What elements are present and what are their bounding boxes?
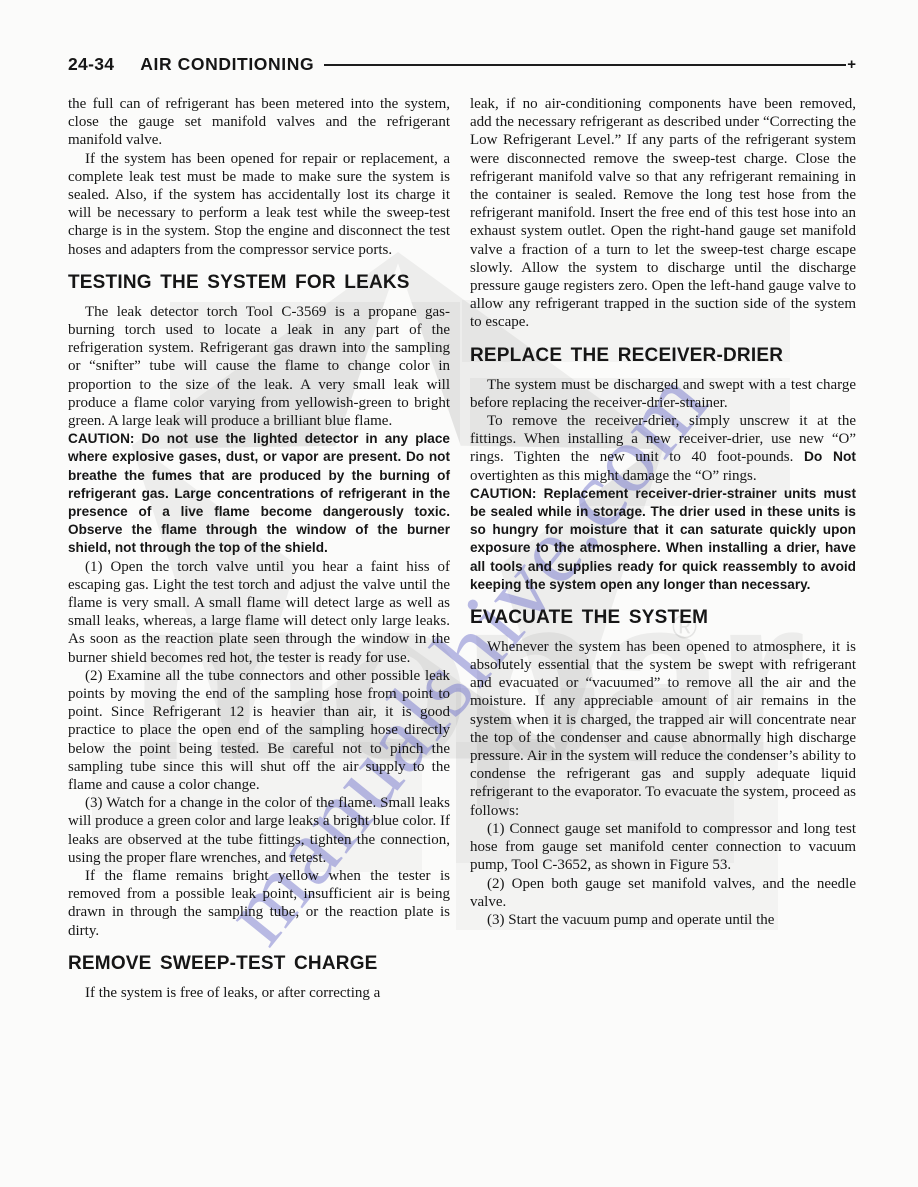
caution-paragraph: CAUTION: Replacement receiver-drier-stra… (470, 485, 856, 594)
paragraph: Whenever the system has been opened to a… (470, 638, 856, 820)
paragraph: If the system has been opened for repair… (68, 150, 450, 259)
page-header: 24-34 AIR CONDITIONING + (68, 54, 856, 75)
section-heading: EVACUATE THE SYSTEM (470, 608, 856, 629)
left-column: the full can of refrigerant has been met… (68, 95, 450, 1002)
paragraph: the full can of refrigerant has been met… (68, 95, 450, 150)
section-title: AIR CONDITIONING (140, 54, 314, 75)
plus-registration-mark: + (847, 57, 856, 72)
header-rule (324, 64, 846, 66)
step-paragraph: (3) Watch for a change in the color of t… (68, 794, 450, 867)
section-heading: REMOVE SWEEP-TEST CHARGE (68, 954, 450, 975)
paragraph: If the flame remains bright yellow when … (68, 867, 450, 940)
step-paragraph: (2) Open both gauge set manifold valves,… (470, 875, 856, 911)
section-heading: TESTING THE SYSTEM FOR LEAKS (68, 273, 450, 294)
paragraph: leak, if no air-conditioning components … (470, 95, 856, 332)
emphasized-text: Do Not (804, 449, 856, 464)
paragraph-text: To remove the receiver-drier, simply uns… (470, 413, 856, 465)
paragraph: The leak detector torch Tool C-3569 is a… (68, 303, 450, 430)
step-paragraph: (1) Connect gauge set manifold to compre… (470, 820, 856, 875)
step-paragraph: (2) Examine all the tube connectors and … (68, 667, 450, 794)
page-number: 24-34 (68, 54, 114, 75)
paragraph: If the system is free of leaks, or after… (68, 984, 450, 1002)
paragraph: To remove the receiver-drier, simply uns… (470, 412, 856, 485)
paragraph: The system must be discharged and swept … (470, 376, 856, 412)
right-column: leak, if no air-conditioning components … (470, 95, 856, 929)
section-heading: REPLACE THE RECEIVER-DRIER (470, 346, 856, 367)
step-paragraph: (3) Start the vacuum pump and operate un… (470, 911, 856, 929)
paragraph-text: overtighten as this might damage the “O”… (470, 468, 757, 484)
step-paragraph: (1) Open the torch valve until you hear … (68, 558, 450, 667)
caution-paragraph: CAUTION: Do not use the lighted detector… (68, 430, 450, 557)
